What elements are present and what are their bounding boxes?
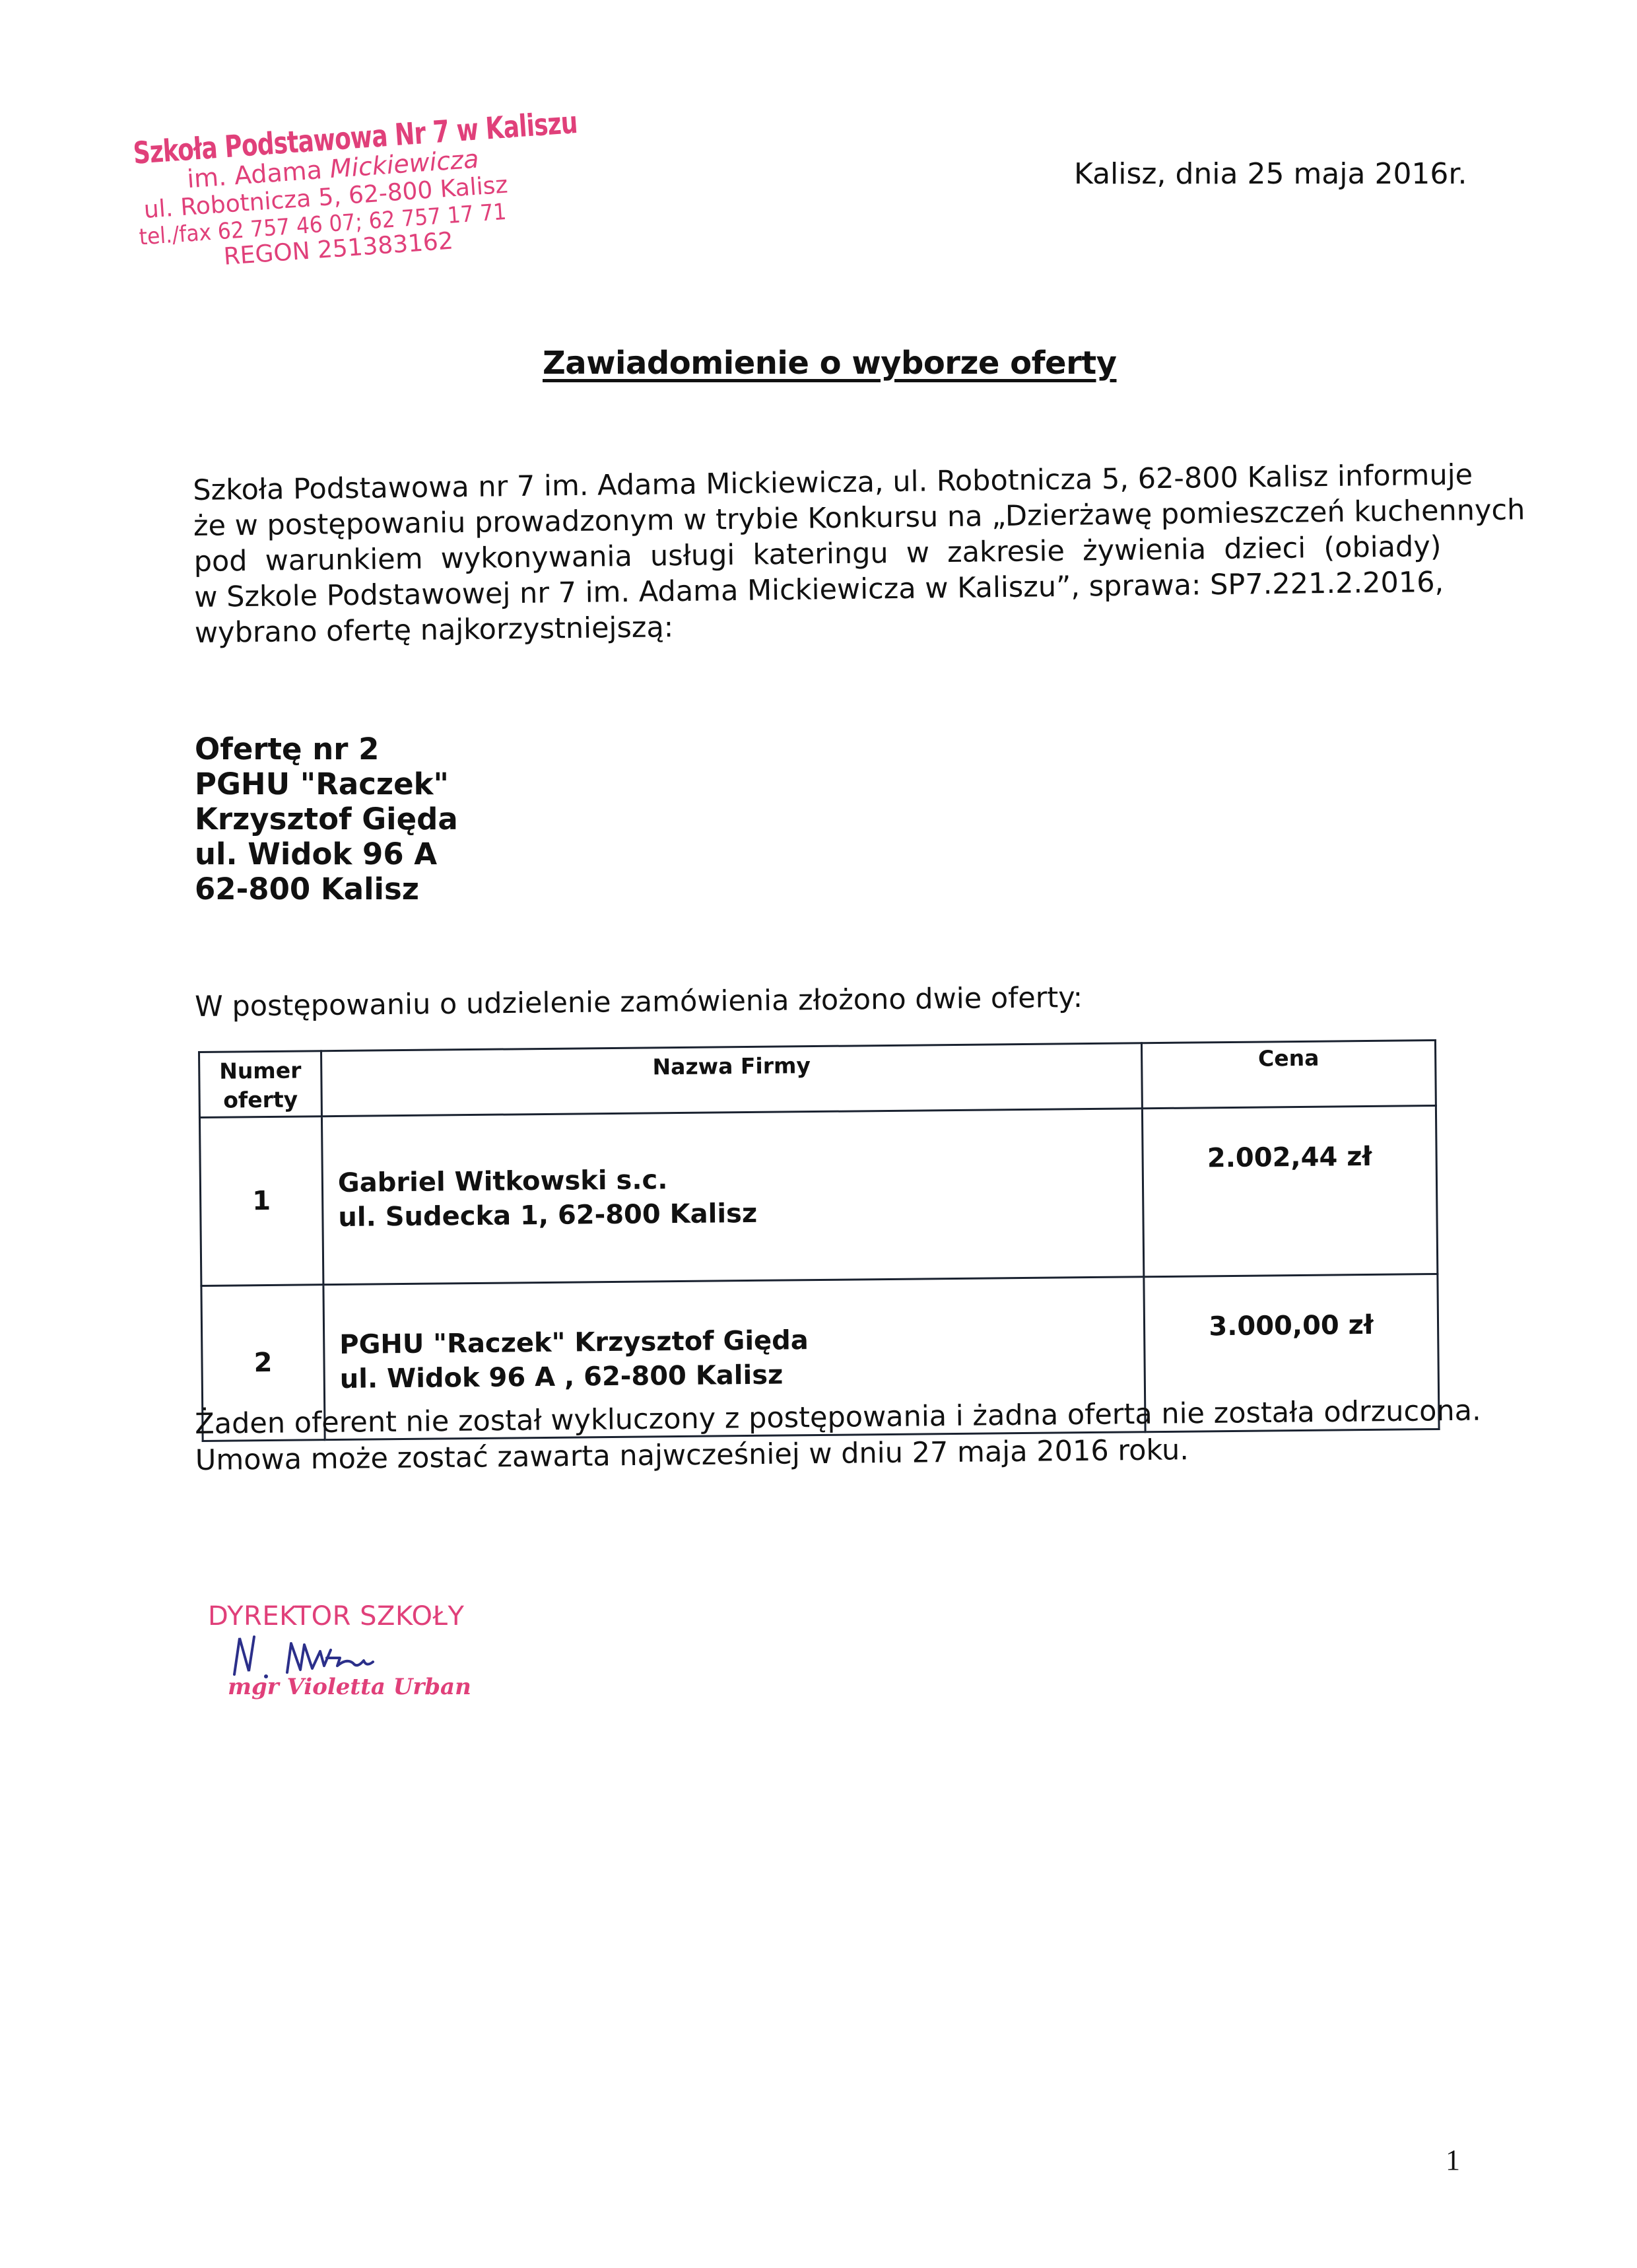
selected-offer: Ofertę nr 2 PGHU "Raczek" Krzysztof Gięd…	[195, 732, 458, 907]
selected-offer-line: PGHU "Raczek"	[195, 767, 458, 802]
offers-table: Numer oferty Nazwa Firmy Cena 1 Gabriel …	[198, 1039, 1440, 1442]
table-row: 1 Gabriel Witkowski s.c. ul. Sudecka 1, …	[199, 1106, 1437, 1286]
offer-number: 1	[199, 1117, 323, 1286]
place-date: Kalisz, dnia 25 maja 2016r.	[1074, 157, 1467, 191]
page-number: 1	[1446, 2143, 1460, 2177]
signatory-role: DYREKTOR SZKOŁY	[208, 1601, 472, 1632]
selected-offer-line: ul. Widok 96 A	[195, 837, 458, 872]
offer-company: Gabriel Witkowski s.c. ul. Sudecka 1, 62…	[321, 1109, 1143, 1285]
selected-offer-line: 62-800 Kalisz	[195, 872, 458, 907]
school-stamp: Szkoła Podstawowa Nr 7 w Kaliszu im. Ada…	[132, 108, 537, 276]
table-header-row: Numer oferty Nazwa Firmy Cena	[199, 1041, 1436, 1118]
selected-offer-line: Krzysztof Gięda	[195, 802, 458, 837]
offer-price: 2.002,44 zł	[1142, 1106, 1437, 1277]
body-paragraph: Szkoła Podstawowa nr 7 im. Adama Mickiew…	[193, 458, 1442, 651]
header-offer-number: Numer oferty	[199, 1051, 322, 1118]
closing-text: Żaden oferent nie został wykluczony z po…	[195, 1393, 1482, 1479]
table-intro: W postępowaniu o udzielenie zamówienia z…	[195, 981, 1083, 1023]
selected-offer-line: Ofertę nr 2	[195, 732, 458, 767]
header-company-name: Nazwa Firmy	[321, 1043, 1143, 1117]
handwritten-signature	[208, 1632, 472, 1678]
signature-block: DYREKTOR SZKOŁY mgr Violetta Urban	[208, 1601, 472, 1700]
header-price: Cena	[1141, 1041, 1436, 1109]
document-title: Zawiadomienie o wyborze oferty	[543, 345, 1116, 382]
